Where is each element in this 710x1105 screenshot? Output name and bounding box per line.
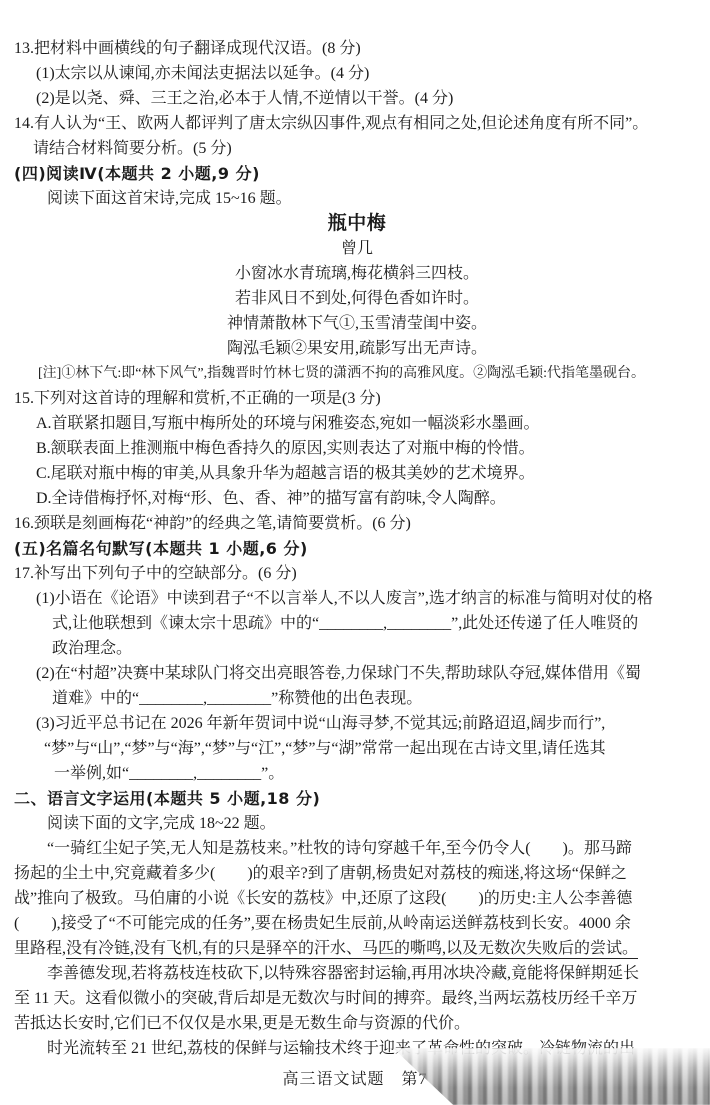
passage-para2-line3: 苦抵达长安时,它们已不仅仅是水果,更是无数生命与资源的代价。 — [14, 1011, 700, 1036]
poem-author: 曾几 — [14, 236, 700, 261]
poem-title: 瓶中梅 — [14, 211, 700, 236]
question-15: 15.下列对这首诗的理解和赏析,不正确的一项是(3 分) — [14, 386, 700, 411]
passage-para1-line4: ( ),接受了“不可能完成的任务”,要在杨贵妃生辰前,从岭南运送鲜荔枝到长安。4… — [14, 911, 700, 936]
q17-item2-line2: 道难》中的“________,________”称赞他的出色表现。 — [14, 686, 700, 711]
passage-para2-line1: 李善德发现,若将荔枝连枝砍下,以特殊容器密封运输,再用冰块冷藏,竟能将保鲜期延长 — [14, 961, 700, 986]
question-15-option-d: D.全诗借梅抒怀,对梅“形、色、香、神”的描写富有韵味,令人陶醉。 — [14, 486, 700, 511]
underline-pre-text: 里路程, — [14, 940, 66, 957]
passage-para2-line2: 至 11 天。这看似微小的突破,背后却是无数次与时间的搏弈。最终,当两坛荔枝历经… — [14, 986, 700, 1011]
passage-para1-line2: 扬起的尘土中,究竟藏着多少( )的艰辛?到了唐朝,杨贵妃对荔枝的痴迷,将这场“保… — [14, 861, 700, 886]
poem-line-2: 若非风日不到处,何得色香如许时。 — [14, 286, 700, 311]
poem-line-1: 小窗冰水青琉璃,梅花横斜三四枝。 — [14, 261, 700, 286]
poem-line-3: 神情萧散林下气①,玉雪清莹闺中姿。 — [14, 311, 700, 336]
exam-body: 13.把材料中画横线的句子翻译成现代汉语。(8 分) (1)太宗以从谏闻,亦未闻… — [14, 36, 700, 1061]
question-13: 13.把材料中画横线的句子翻译成现代汉语。(8 分) — [14, 36, 700, 61]
q17-item1-line2: 式,让他联想到《谏太宗十思疏》中的“________,________”,此处还… — [14, 611, 700, 636]
question-13-part2: (2)是以尧、舜、三王之治,必本于人情,不逆情以干誉。(4 分) — [14, 86, 700, 111]
question-15-option-a: A.首联紧扣题目,写瓶中梅所处的环境与闲雅姿态,宛如一幅淡彩水墨画。 — [14, 411, 700, 436]
q17-item3-line3: 一举例,如“________,________”。 — [14, 761, 700, 786]
passage-underlined-sentence-line: 里路程,没有冷链,没有飞机,有的只是驿卒的汗水、马匹的嘶鸣,以及无数次失败后的尝… — [14, 936, 700, 961]
poem-instruction: 阅读下面这首宋诗,完成 15~16 题。 — [14, 186, 700, 211]
question-15-option-c: C.尾联对瓶中梅的审美,从具象升华为超越言语的极其美妙的艺术境界。 — [14, 461, 700, 486]
question-13-part1: (1)太宗以从谏闻,亦未闻法吏据法以延争。(4 分) — [14, 61, 700, 86]
question-16: 16.颈联是刻画梅花“神韵”的经典之笔,请简要赏析。(6 分) — [14, 511, 700, 536]
section-iv-header: (四)阅读Ⅳ(本题共 2 小题,9 分) — [14, 161, 700, 186]
section-v-header: (五)名篇名句默写(本题共 1 小题,6 分) — [14, 536, 700, 561]
question-15-option-b: B.颔联表面上推测瓶中梅色香持久的原因,实则表达了对瓶中梅的怜惜。 — [14, 436, 700, 461]
q17-item3-line2: “梦”与“山”,“梦”与“海”,“梦”与“江”,“梦”与“湖”常常一起出现在古诗… — [14, 736, 700, 761]
poem-note: [注]①林下气:即“林下风气”,指魏晋时竹林七贤的潇洒不拘的高雅风度。②陶泓毛颖… — [14, 361, 700, 386]
passage-para1-line3: 战”推向了极致。马伯庸的小说《长安的荔枝》中,还原了这段( )的历史:主人公李善… — [14, 886, 700, 911]
exam-page: 13.把材料中画横线的句子翻译成现代汉语。(8 分) (1)太宗以从谏闻,亦未闻… — [0, 0, 710, 1105]
passage-instruction: 阅读下面的文字,完成 18~22 题。 — [14, 811, 700, 836]
q17-item3-line1: (3)习近平总书记在 2026 年新年贺词中说“山海寻梦,不觉其远;前路迢迢,阔… — [14, 711, 700, 736]
q17-item1-line1: (1)小语在《论语》中读到君子“不以言举人,不以人废言”,选才纳言的标准与简明对… — [14, 586, 700, 611]
question-14: 14.有人认为“王、欧两人都评判了唐太宗纵囚事件,观点有相同之处,但论述角度有所… — [14, 111, 700, 136]
section-two-header: 二、语言文字运用(本题共 5 小题,18 分) — [14, 786, 700, 811]
q17-item2-line1: (2)在“村超”决赛中某球队门将交出亮眼答卷,力保球门不失,帮助球队夺冠,媒体借… — [14, 661, 700, 686]
question-17: 17.补写出下列句子中的空缺部分。(6 分) — [14, 561, 700, 586]
q17-item1-line3: 政治理念。 — [14, 636, 700, 661]
scan-shadow-artifact — [393, 1048, 710, 1105]
question-14-cont: 请结合材料简要分析。(5 分) — [14, 136, 700, 161]
poem-line-4: 陶泓毛颖②果安用,疏影写出无声诗。 — [14, 336, 700, 361]
underlined-sentence: 没有冷链,没有飞机,有的只是驿卒的汗水、马匹的嘶鸣,以及无数次失败后的尝试。 — [66, 940, 638, 959]
passage-para1-line1: “一骑红尘妃子笑,无人知是荔枝来。”杜牧的诗句穿越千年,至今仍令人( )。那马蹄 — [14, 836, 700, 861]
